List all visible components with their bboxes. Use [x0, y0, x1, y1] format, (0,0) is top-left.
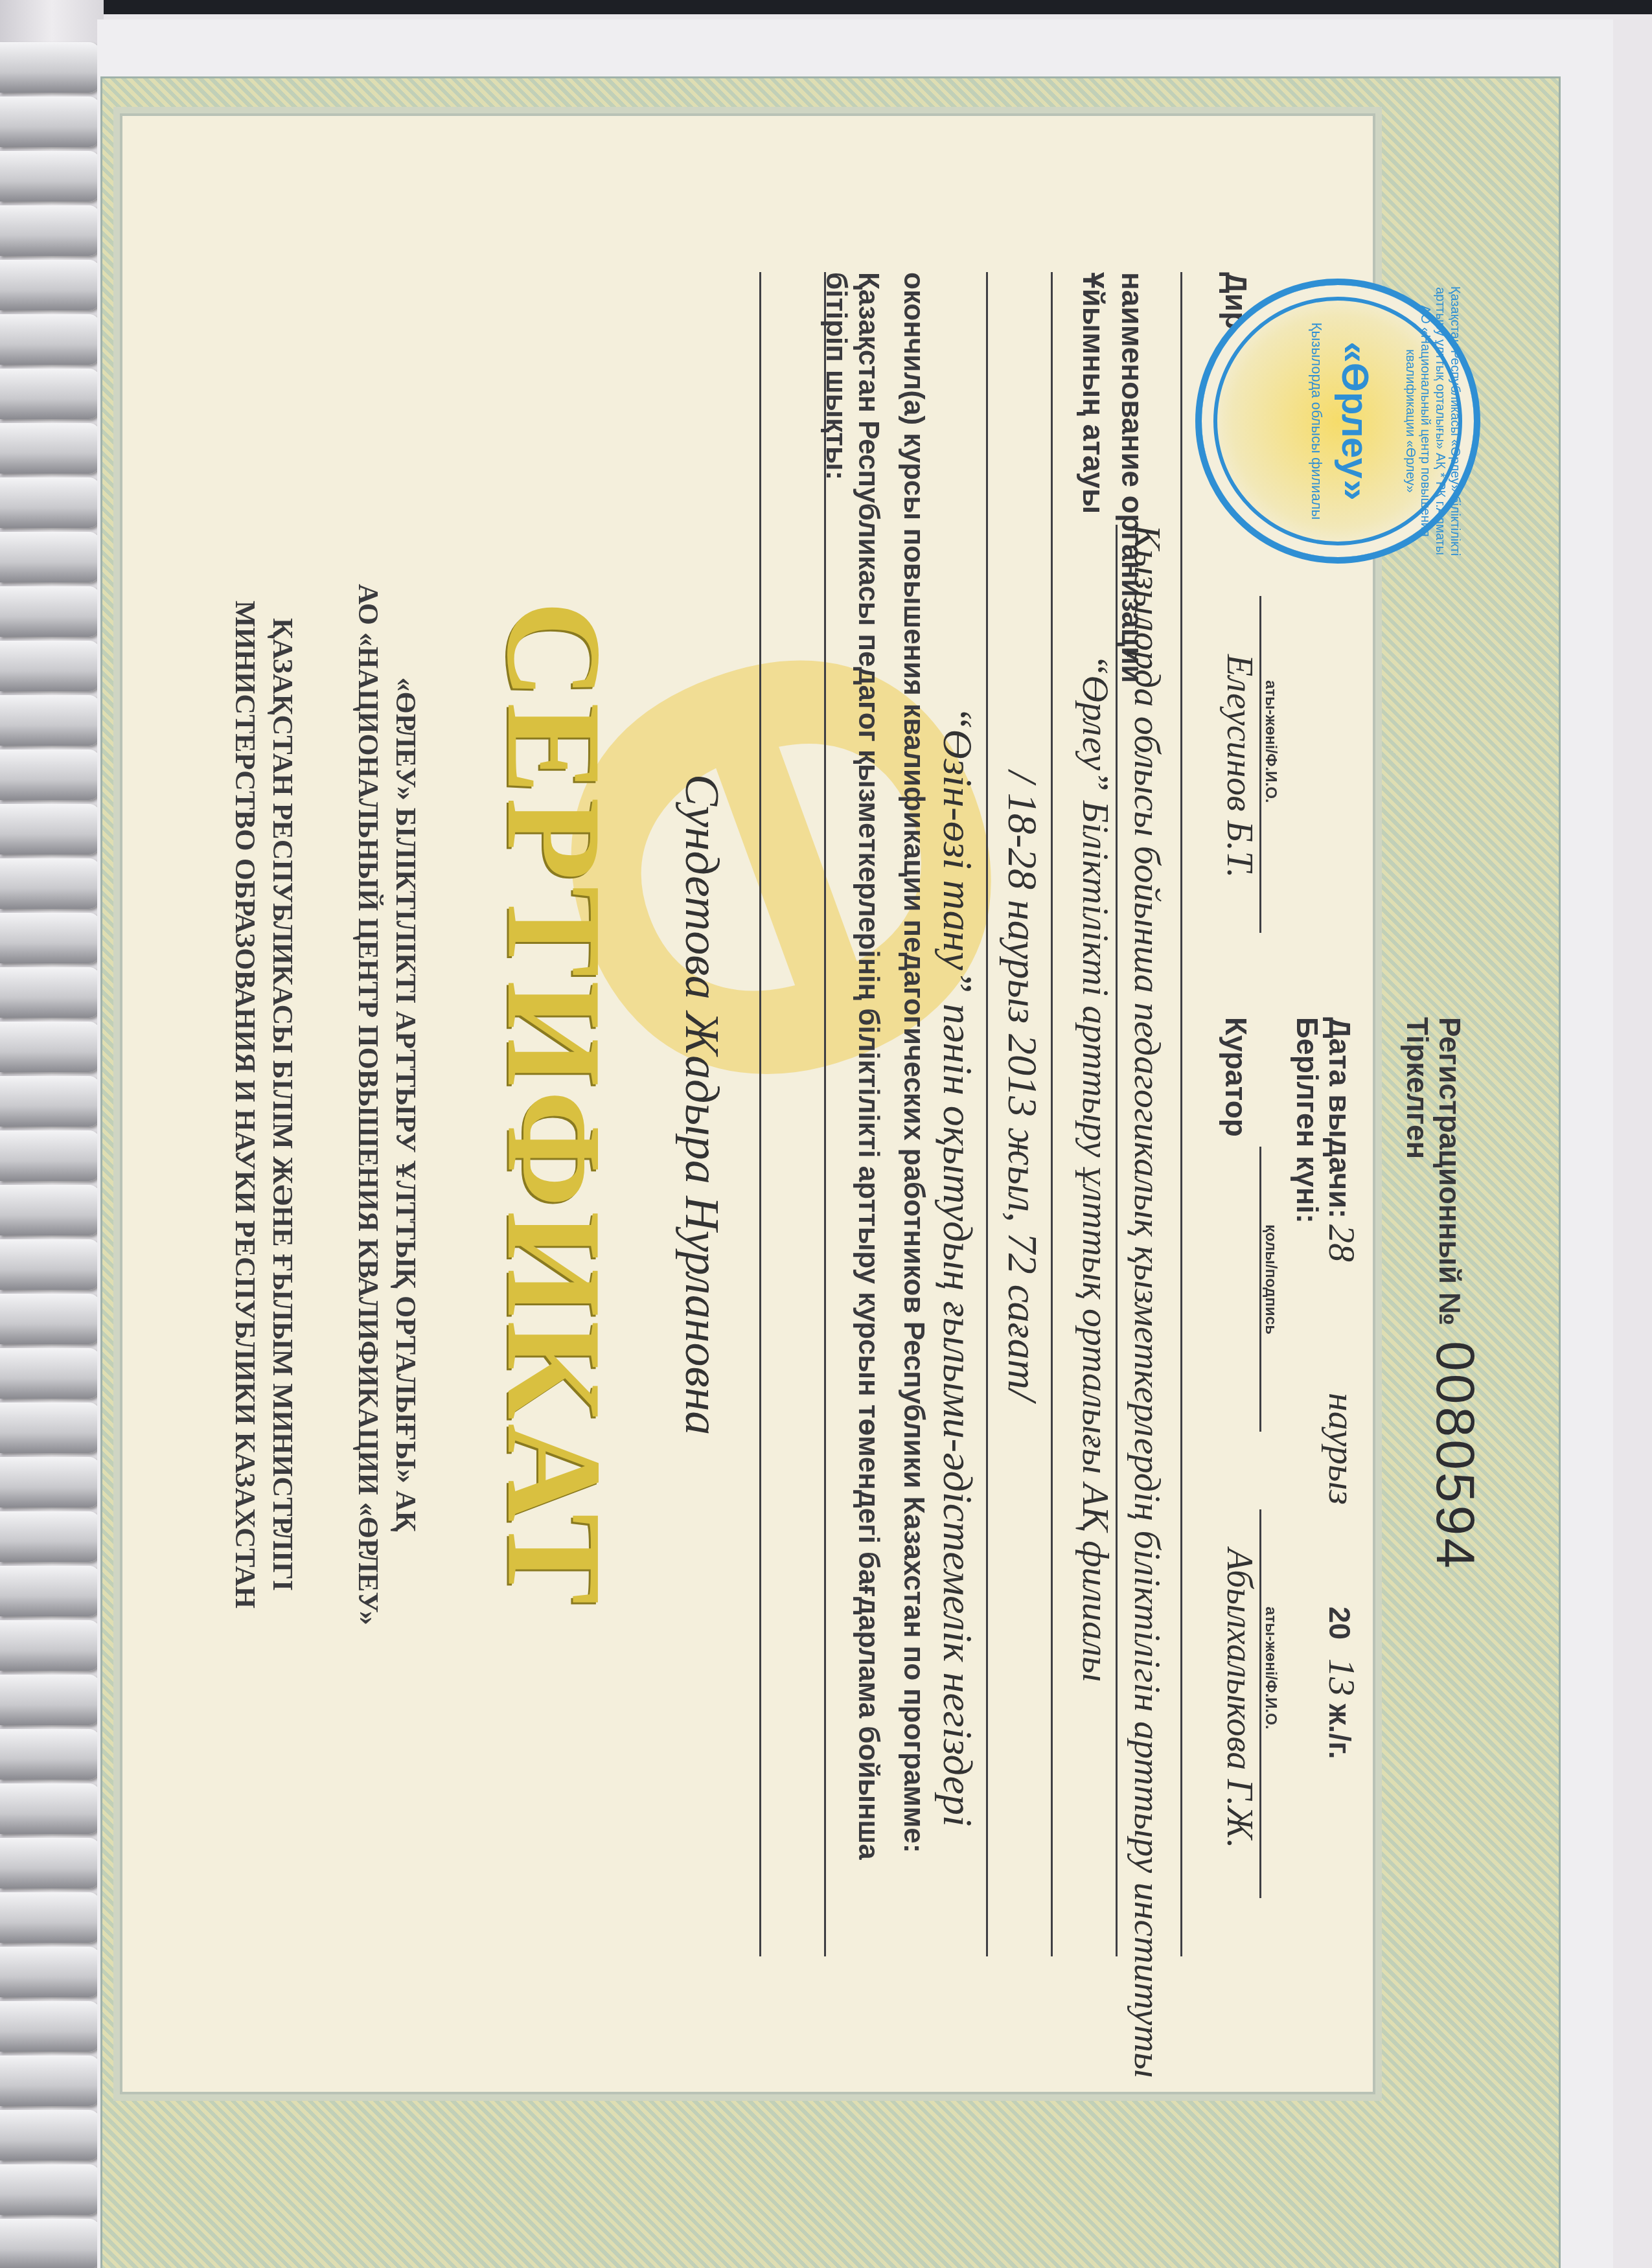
issue-day: 28: [1320, 1224, 1364, 1262]
issue-year-unit: ж./г.: [1322, 1704, 1357, 1759]
organization-underline-1: [1116, 525, 1118, 1956]
binder-ring: [0, 695, 100, 746]
binder-ring: [0, 804, 100, 854]
registration-label-ru: Регистрационный №: [1432, 1017, 1467, 1325]
organization-line-2: Қызылорда облысы бойынша педагогикалық қ…: [1126, 525, 1169, 2078]
binder-ring: [0, 1511, 100, 1562]
binder-ring: [0, 151, 100, 201]
recipient-name: Сундетова Жадыра Нурлановна: [674, 123, 729, 2086]
certificate-content: Ө ҚАЗАҚСТАН РЕСПУБЛИКАСЫ БІЛІМ ЖӘНЕ ҒЫЛЫ…: [133, 123, 1377, 2086]
binder-ring: [0, 2001, 100, 2052]
binder-ring: [0, 1620, 100, 1671]
organization-label-kz: Ұйымның атауы: [1076, 272, 1111, 514]
org-header: «ӨРЛЕУ» БІЛІКТІЛІКТІ АРТТЫРУ ҰЛТТЫҚ ОРТА…: [349, 123, 424, 2086]
binder-ring: [0, 477, 100, 528]
curator-signature-caption: қолы/подпись: [1261, 1224, 1279, 1334]
statement-kz: Қазақстан Республикасы педагог қызметкер…: [820, 272, 884, 1956]
director-name-caption: аты-жөні/Ф.И.О.: [1261, 680, 1279, 803]
binder-ring: [0, 260, 100, 310]
course-period: / 18-28 наурыз 2013 жыл, 72 сағат/: [998, 771, 1046, 1401]
binder-ring: [0, 967, 100, 1018]
director-name: Елеусинов Б.Т.: [1219, 654, 1260, 878]
binder-ring: [0, 586, 100, 637]
binder-ring: [0, 1566, 100, 1616]
binder-ring: [0, 1239, 100, 1290]
binder-ring: [0, 641, 100, 691]
binder-ring: [0, 858, 100, 909]
registration-number: 0080594: [1424, 1341, 1487, 1571]
binder-ring: [0, 1130, 100, 1181]
binder-ring: [0, 2164, 100, 2215]
stamp-inner-text: Қызылорда облысы филиалы: [1308, 285, 1325, 557]
issue-month: наурыз: [1320, 1393, 1364, 1505]
period-underline: [1051, 272, 1053, 1956]
binder-ring: [0, 1838, 100, 1888]
organization-underline-2: [1180, 272, 1182, 1956]
issue-year-prefix: 20: [1322, 1607, 1357, 1640]
binder-ring: [0, 97, 100, 147]
binder-ring: [0, 1403, 100, 1453]
issue-date-label-ru: Дата выдачи:: [1322, 1017, 1357, 1219]
binder-ring: [0, 913, 100, 963]
program-name: “Өзін-өзі тану” пәнін оқытудың ғылыми-әд…: [934, 706, 981, 1827]
binder-ring: [0, 750, 100, 800]
binder-ring: [0, 314, 100, 365]
org-ru: АО «НАЦИОНАЛЬНЫЙ ЦЕНТР ПОВЫШЕНИЯ КВАЛИФИ…: [349, 123, 387, 2086]
issue-year-suffix: 13: [1320, 1658, 1364, 1696]
binder-ring: [0, 423, 100, 474]
binder-ring: [0, 1348, 100, 1399]
binder-ring: [0, 1783, 100, 1834]
organization-line-1: “Өрлеу” Біліктілікті арттыру ұлттық орта…: [1074, 654, 1118, 1682]
statement-ru: окончил(а) курсы повышения квалификации …: [897, 272, 930, 1956]
org-kz: «ӨРЛЕУ» БІЛІКТІЛІКТІ АРТТЫРУ ҰЛТТЫҚ ОРТА…: [387, 123, 424, 2086]
ministry-ru: МИНИСТЕРСТВО ОБРАЗОВАНИЯ И НАУКИ РЕСПУБЛ…: [226, 123, 264, 2086]
ministry-header: ҚАЗАҚСТАН РЕСПУБЛИКАСЫ БІЛІМ ЖӘНЕ ҒЫЛЫМ …: [226, 123, 301, 2086]
stamp-outer-text: Қазақстан Республикасы «Өрлеу» біліктілі…: [1403, 279, 1462, 564]
binder-ring: [0, 369, 100, 419]
binder-ring: [0, 2219, 100, 2268]
binder-ring: [0, 1076, 100, 1127]
issue-date-label-kz: Берілген күні:: [1290, 1017, 1325, 1224]
binder-ring: [0, 1947, 100, 1997]
scanner-edge: [0, 0, 1652, 14]
binder-spiral: [0, 0, 104, 2268]
curator-label: Куратор: [1219, 1017, 1254, 1137]
binder-ring: [0, 1294, 100, 1344]
stamp-center-text: «Өрлеу»: [1333, 285, 1377, 557]
curator-name-caption: аты-жөні/Ф.И.О.: [1261, 1607, 1279, 1730]
binder-ring: [0, 532, 100, 582]
binder-ring: [0, 2056, 100, 2106]
binder-ring: [0, 1892, 100, 1943]
binder-ring: [0, 1729, 100, 1780]
binder-ring: [0, 1185, 100, 1235]
registration-label-kz: Тіркелген: [1400, 1017, 1435, 1159]
binder-ring: [0, 205, 100, 256]
curator-name: Абылхалыкова Г.Ж.: [1219, 1548, 1260, 1848]
binder-ring: [0, 42, 100, 93]
binder-ring: [0, 1675, 100, 1725]
binder-ring: [0, 2110, 100, 2160]
certificate-title: СЕРТИФИКАТ: [476, 123, 632, 2086]
official-stamp: Қазақстан Республикасы «Өрлеу» біліктілі…: [1195, 279, 1480, 564]
name-underline: [759, 272, 761, 1956]
binder-ring: [0, 1457, 100, 1507]
binder-ring: [0, 1022, 100, 1072]
program-underline: [986, 272, 988, 1956]
ministry-kz: ҚАЗАҚСТАН РЕСПУБЛИКАСЫ БІЛІМ ЖӘНЕ ҒЫЛЫМ …: [264, 123, 301, 2086]
